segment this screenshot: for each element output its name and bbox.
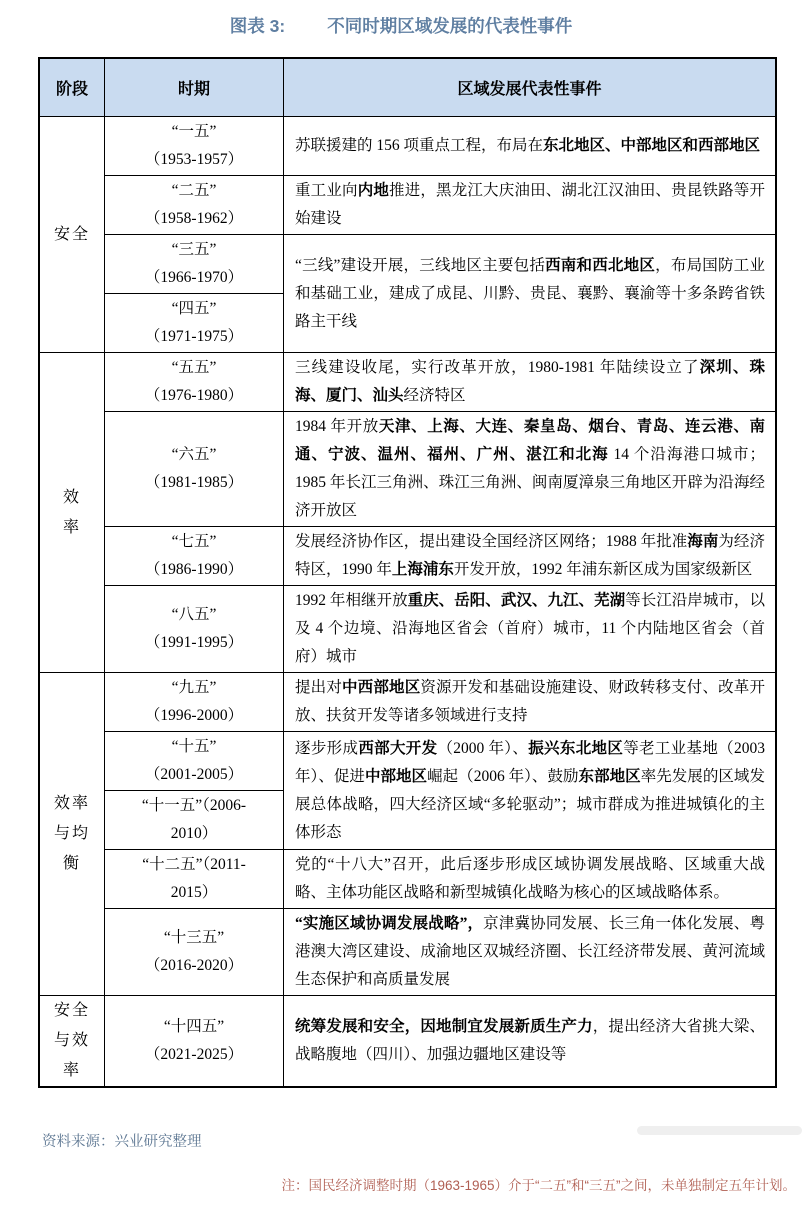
table-header: 阶段 时期 区域发展代表性事件	[39, 58, 776, 117]
period-cell: “四五”（1971-1975）	[105, 294, 284, 353]
event-cell: “三线”建设开展，三线地区主要包括西南和西北地区，布局国防工业和基础工业，建成了…	[284, 235, 777, 353]
table-header-row: 阶段 时期 区域发展代表性事件	[39, 58, 776, 117]
header-period: 时期	[105, 58, 284, 117]
table-row: 安全“一五”（1953-1957）苏联援建的 156 项重点工程，布局在东北地区…	[39, 117, 776, 176]
table-row: 安全与效率“十四五”（2021-2025）统筹发展和安全，因地制宜发展新质生产力…	[39, 996, 776, 1088]
event-cell: 发展经济协作区，提出建设全国经济区网络；1988 年批准海南为经济特区，1990…	[284, 527, 777, 586]
period-cell: “八五”（1991-1995）	[105, 586, 284, 673]
event-cell: 统筹发展和安全，因地制宜发展新质生产力，提出经济大省挑大梁、战略腹地（四川）、加…	[284, 996, 777, 1088]
stage-cell: 安全与效率	[39, 996, 105, 1088]
period-cell: “十二五”（2011-2015）	[105, 850, 284, 909]
table-body: 安全“一五”（1953-1957）苏联援建的 156 项重点工程，布局在东北地区…	[39, 117, 776, 1088]
table-row: 效率与均衡“九五”（1996-2000）提出对中西部地区资源开发和基础设施建设、…	[39, 673, 776, 732]
event-cell: 苏联援建的 156 项重点工程，布局在东北地区、中部地区和西部地区	[284, 117, 777, 176]
table-row: “七五”（1986-1990）发展经济协作区，提出建设全国经济区网络；1988 …	[39, 527, 776, 586]
period-cell: “十四五”（2021-2025）	[105, 996, 284, 1088]
event-cell: 逐步形成西部大开发（2000 年）、振兴东北地区等老工业基地（2003 年）、促…	[284, 732, 777, 850]
period-cell: “五五”（1976-1980）	[105, 353, 284, 412]
event-cell: 重工业向内地推进，黑龙江大庆油田、湖北江汉油田、贵昆铁路等开始建设	[284, 176, 777, 235]
source-note: 资料来源：兴业研究整理	[42, 1130, 202, 1151]
event-cell: 提出对中西部地区资源开发和基础设施建设、财政转移支付、改革开放、扶贫开发等诸多领…	[284, 673, 777, 732]
period-cell: “十一五”（2006-2010）	[105, 791, 284, 850]
stage-cell: 效率与均衡	[39, 673, 105, 996]
period-cell: “七五”（1986-1990）	[105, 527, 284, 586]
figure-title-label: 图表 3:	[230, 13, 285, 38]
period-cell: “一五”（1953-1957）	[105, 117, 284, 176]
event-cell: “实施区域协调发展战略”，京津冀协同发展、长三角一体化发展、粤港澳大湾区建设、成…	[284, 909, 777, 996]
stage-cell: 效率	[39, 353, 105, 673]
events-table: 阶段 时期 区域发展代表性事件 安全“一五”（1953-1957）苏联援建的 1…	[38, 57, 777, 1088]
figure-title-text: 不同时期区域发展的代表性事件	[327, 13, 572, 38]
table-row: “八五”（1991-1995）1992 年相继开放重庆、岳阳、武汉、九江、芜湖等…	[39, 586, 776, 673]
horizontal-scrollbar[interactable]	[637, 1126, 802, 1135]
figure-title: 图表 3: 不同时期区域发展的代表性事件	[0, 13, 802, 38]
event-cell: 党的“十八大”召开，此后逐步形成区域协调发展战略、区域重大战略、主体功能区战略和…	[284, 850, 777, 909]
period-cell: “九五”（1996-2000）	[105, 673, 284, 732]
table-row: “十三五”（2016-2020）“实施区域协调发展战略”，京津冀协同发展、长三角…	[39, 909, 776, 996]
table-row: “十五”（2001-2005）逐步形成西部大开发（2000 年）、振兴东北地区等…	[39, 732, 776, 791]
header-stage: 阶段	[39, 58, 105, 117]
header-event: 区域发展代表性事件	[284, 58, 777, 117]
period-cell: “六五”（1981-1985）	[105, 412, 284, 527]
period-cell: “二五”（1958-1962）	[105, 176, 284, 235]
period-cell: “三五”（1966-1970）	[105, 235, 284, 294]
event-cell: 三线建设收尾，实行改革开放，1980-1981 年陆续设立了深圳、珠海、厦门、汕…	[284, 353, 777, 412]
table-row: “六五”（1981-1985）1984 年开放天津、上海、大连、秦皇岛、烟台、青…	[39, 412, 776, 527]
event-cell: 1984 年开放天津、上海、大连、秦皇岛、烟台、青岛、连云港、南通、宁波、温州、…	[284, 412, 777, 527]
stage-cell: 安全	[39, 117, 105, 353]
table-row: “二五”（1958-1962）重工业向内地推进，黑龙江大庆油田、湖北江汉油田、贵…	[39, 176, 776, 235]
footnote: 注：国民经济调整时期（1963-1965）介于“二五”和“三五”之间，未单独制定…	[36, 1174, 796, 1194]
table-row: “三五”（1966-1970）“三线”建设开展，三线地区主要包括西南和西北地区，…	[39, 235, 776, 294]
period-cell: “十三五”（2016-2020）	[105, 909, 284, 996]
table-row: 效率“五五”（1976-1980）三线建设收尾，实行改革开放，1980-1981…	[39, 353, 776, 412]
period-cell: “十五”（2001-2005）	[105, 732, 284, 791]
event-cell: 1992 年相继开放重庆、岳阳、武汉、九江、芜湖等长江沿岸城市，以及 4 个边境…	[284, 586, 777, 673]
table-row: “十二五”（2011-2015）党的“十八大”召开，此后逐步形成区域协调发展战略…	[39, 850, 776, 909]
